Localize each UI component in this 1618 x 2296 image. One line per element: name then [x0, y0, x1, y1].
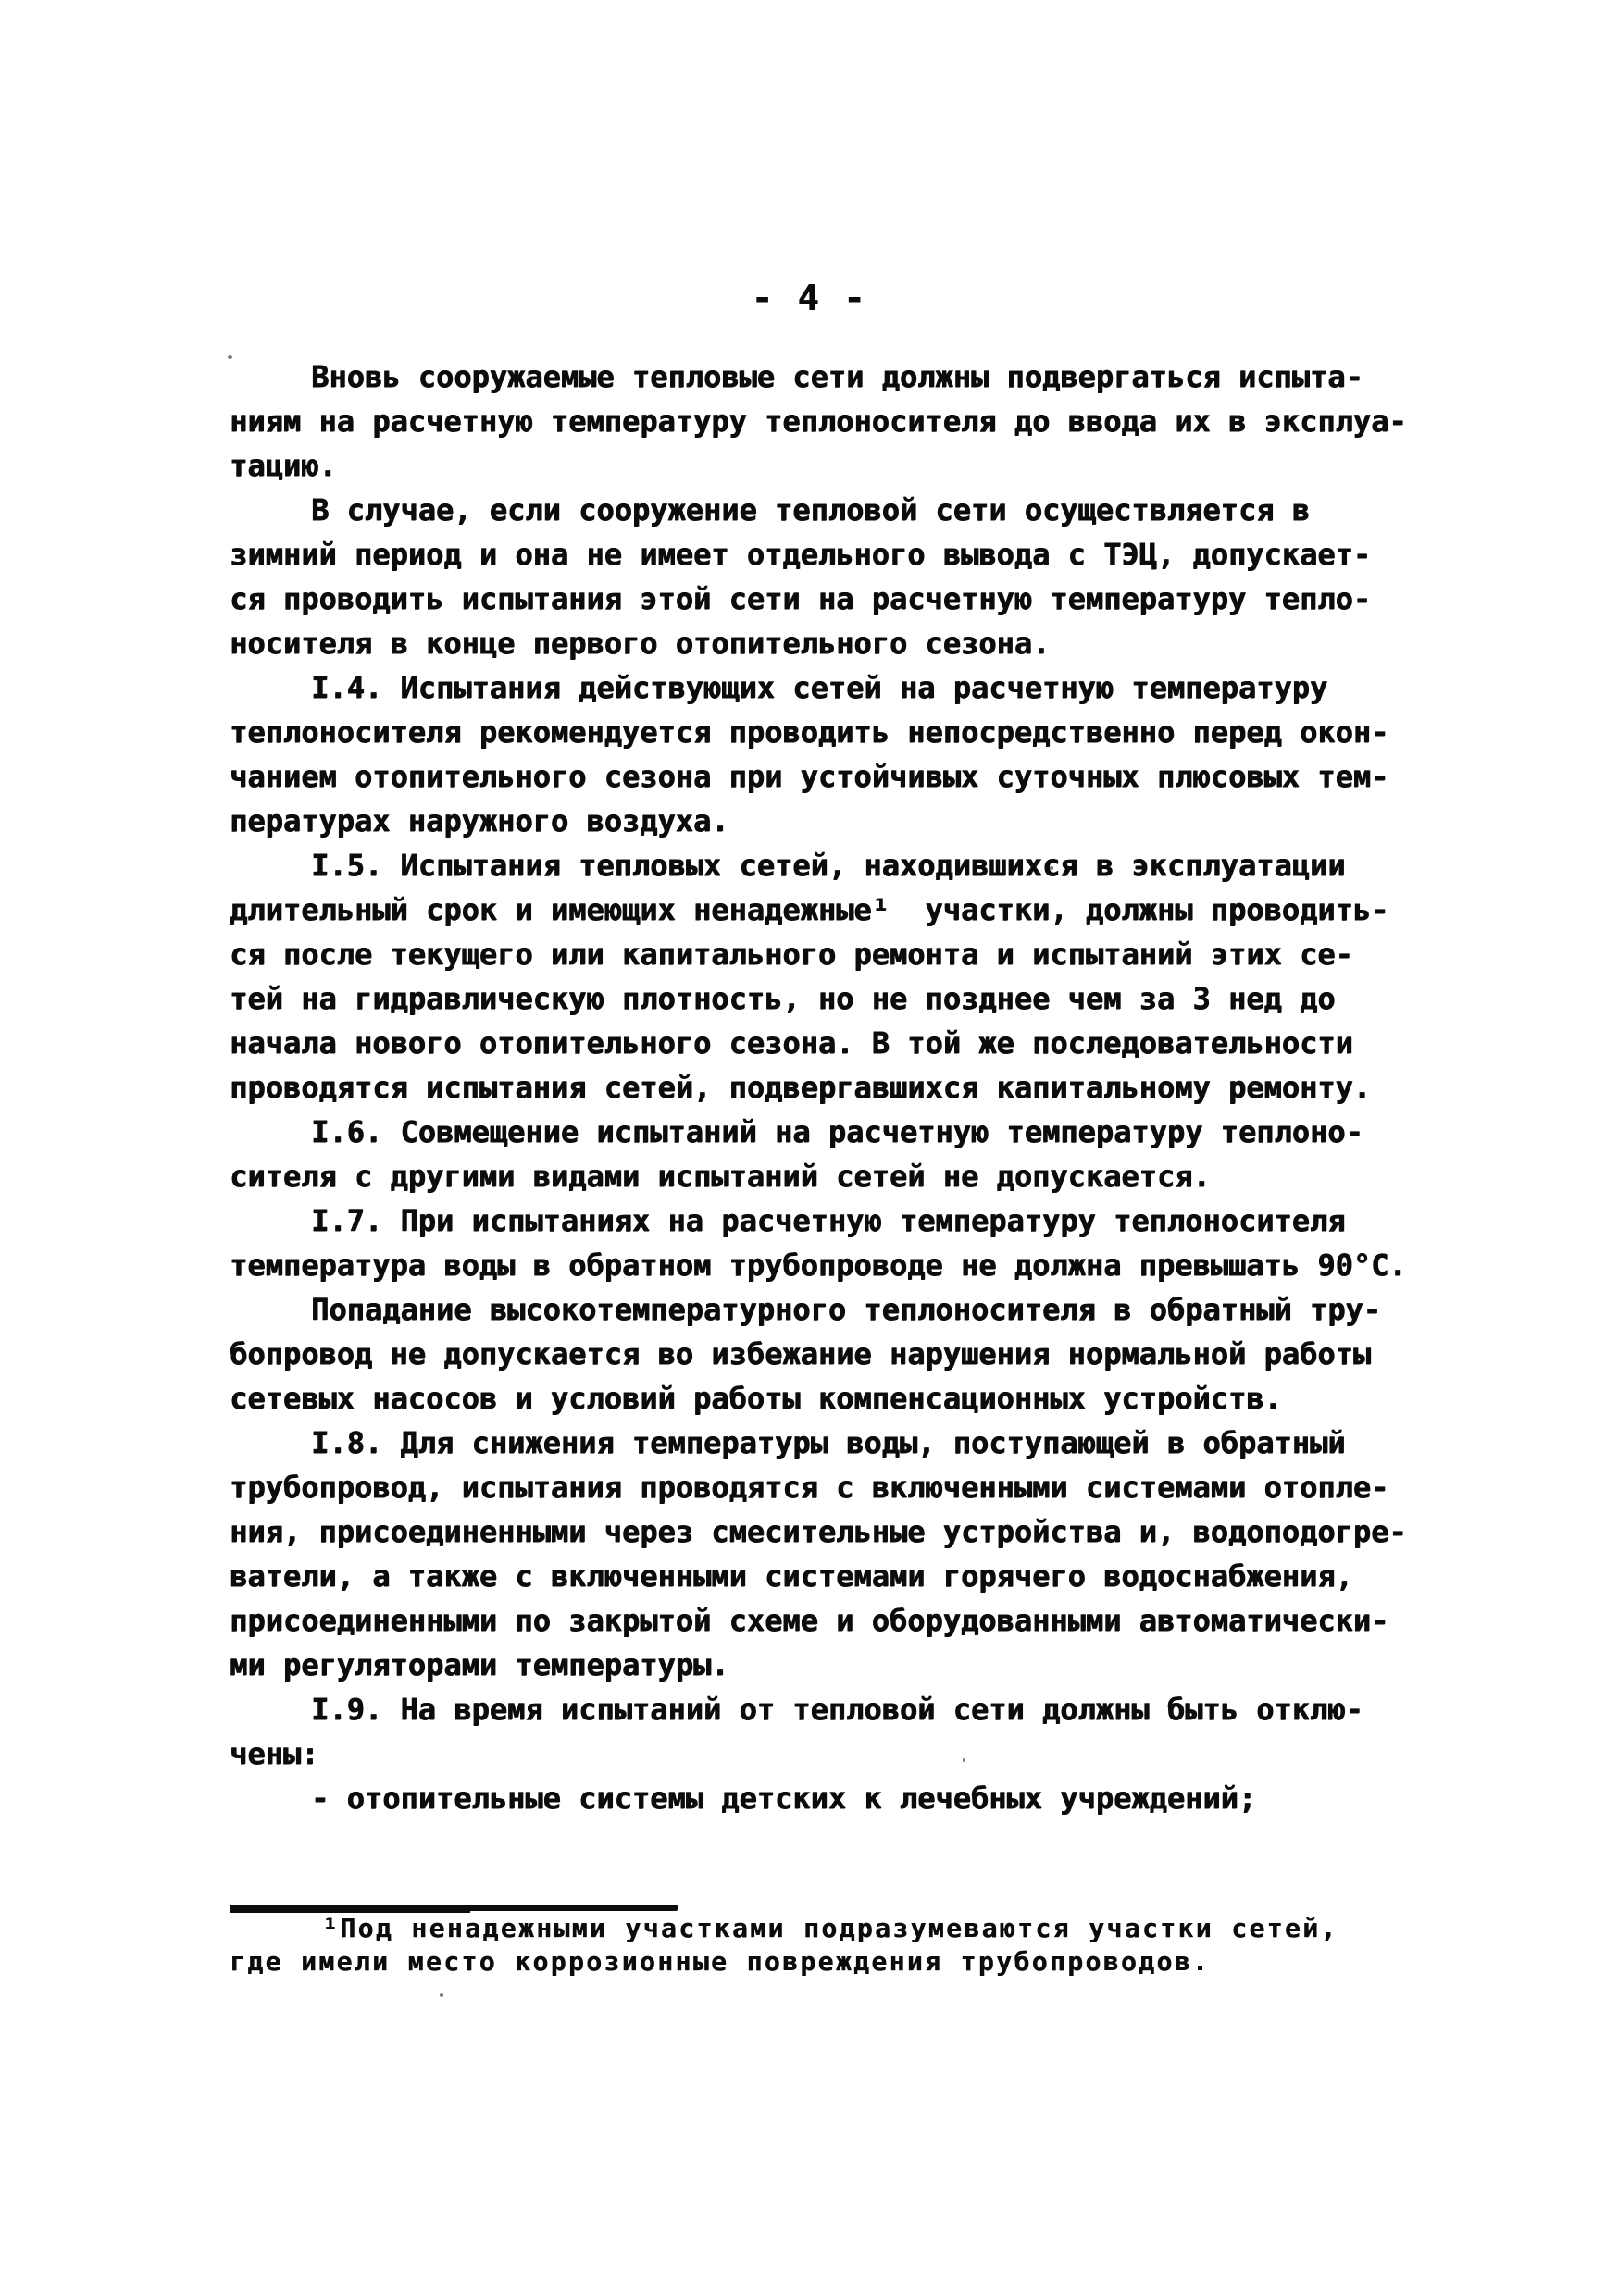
- text-line: носителя в конце первого отопительного с…: [230, 621, 1470, 665]
- scan-speck: [1050, 866, 1053, 870]
- scan-speck: [440, 1993, 443, 1997]
- text-line: ми регуляторами температуры.: [230, 1643, 1470, 1687]
- text-line: - отопительные системы детских к лечебны…: [230, 1776, 1470, 1820]
- footnote: ¹Под ненадежными участками подразумевают…: [230, 1912, 1338, 1979]
- body-text: Вновь сооружаемые тепловые сети должны п…: [230, 354, 1470, 1820]
- text-line: тей на гидравлическую плотность, но не п…: [230, 976, 1470, 1021]
- text-line: начала нового отопительного сезона. В то…: [230, 1021, 1470, 1065]
- text-line: тацию.: [230, 443, 1470, 488]
- text-line: I.8. Для снижения температуры воды, пост…: [230, 1421, 1470, 1465]
- text-line: теплоносителя рекомендуется проводить не…: [230, 710, 1470, 754]
- text-line: сителя с другими видами испытаний сетей …: [230, 1154, 1470, 1198]
- text-line: бопровод не допускается во избежание нар…: [230, 1332, 1470, 1376]
- text-line: ниям на расчетную температуру теплоносит…: [230, 399, 1470, 443]
- text-line: чанием отопительного сезона при устойчив…: [230, 754, 1470, 799]
- text-line: I.9. На время испытаний от тепловой сети…: [230, 1687, 1470, 1731]
- text-line: ния, присоединенными через смесительные …: [230, 1509, 1470, 1554]
- text-line: ся после текущего или капитального ремон…: [230, 932, 1470, 976]
- scan-speck: [963, 1758, 965, 1762]
- text-line: длительный срок и имеющих ненадежные¹ уч…: [230, 887, 1470, 932]
- document-page: - 4 - Вновь сооружаемые тепловые сети до…: [0, 0, 1618, 2296]
- text-line: I.7. При испытаниях на расчетную темпера…: [230, 1198, 1470, 1243]
- text-line: ватели, а также с включенными системами …: [230, 1554, 1470, 1598]
- text-line: I.4. Испытания действующих сетей на расч…: [230, 665, 1470, 710]
- text-line: I.6. Совмещение испытаний на расчетную т…: [230, 1110, 1470, 1154]
- text-line: Вновь сооружаемые тепловые сети должны п…: [230, 354, 1470, 399]
- text-line: зимний период и она не имеет отдельного …: [230, 532, 1470, 577]
- text-line: I.5. Испытания тепловых сетей, находивши…: [230, 843, 1470, 887]
- text-line: температура воды в обратном трубопроводе…: [230, 1243, 1470, 1287]
- text-line: где имели место коррозионные повреждения…: [230, 1945, 1338, 1979]
- text-line: присоединенными по закрытой схеме и обор…: [230, 1598, 1470, 1643]
- text-line: пературах наружного воздуха.: [230, 799, 1470, 843]
- text-line: сетевых насосов и условий работы компенс…: [230, 1376, 1470, 1421]
- text-line: ¹Под ненадежными участками подразумевают…: [230, 1912, 1338, 1945]
- text-line: ся проводить испытания этой сети на расч…: [230, 577, 1470, 621]
- scan-speck: [228, 355, 232, 359]
- text-line: чены:: [230, 1731, 1470, 1776]
- text-line: Попадание высокотемпературного теплоноси…: [230, 1287, 1470, 1332]
- footnote-rule: [230, 1905, 678, 1911]
- text-line: проводятся испытания сетей, подвергавших…: [230, 1065, 1470, 1110]
- text-line: трубопровод, испытания проводятся с вклю…: [230, 1465, 1470, 1509]
- text-line: В случае, если сооружение тепловой сети …: [230, 488, 1470, 532]
- page-number: - 4 -: [0, 278, 1618, 318]
